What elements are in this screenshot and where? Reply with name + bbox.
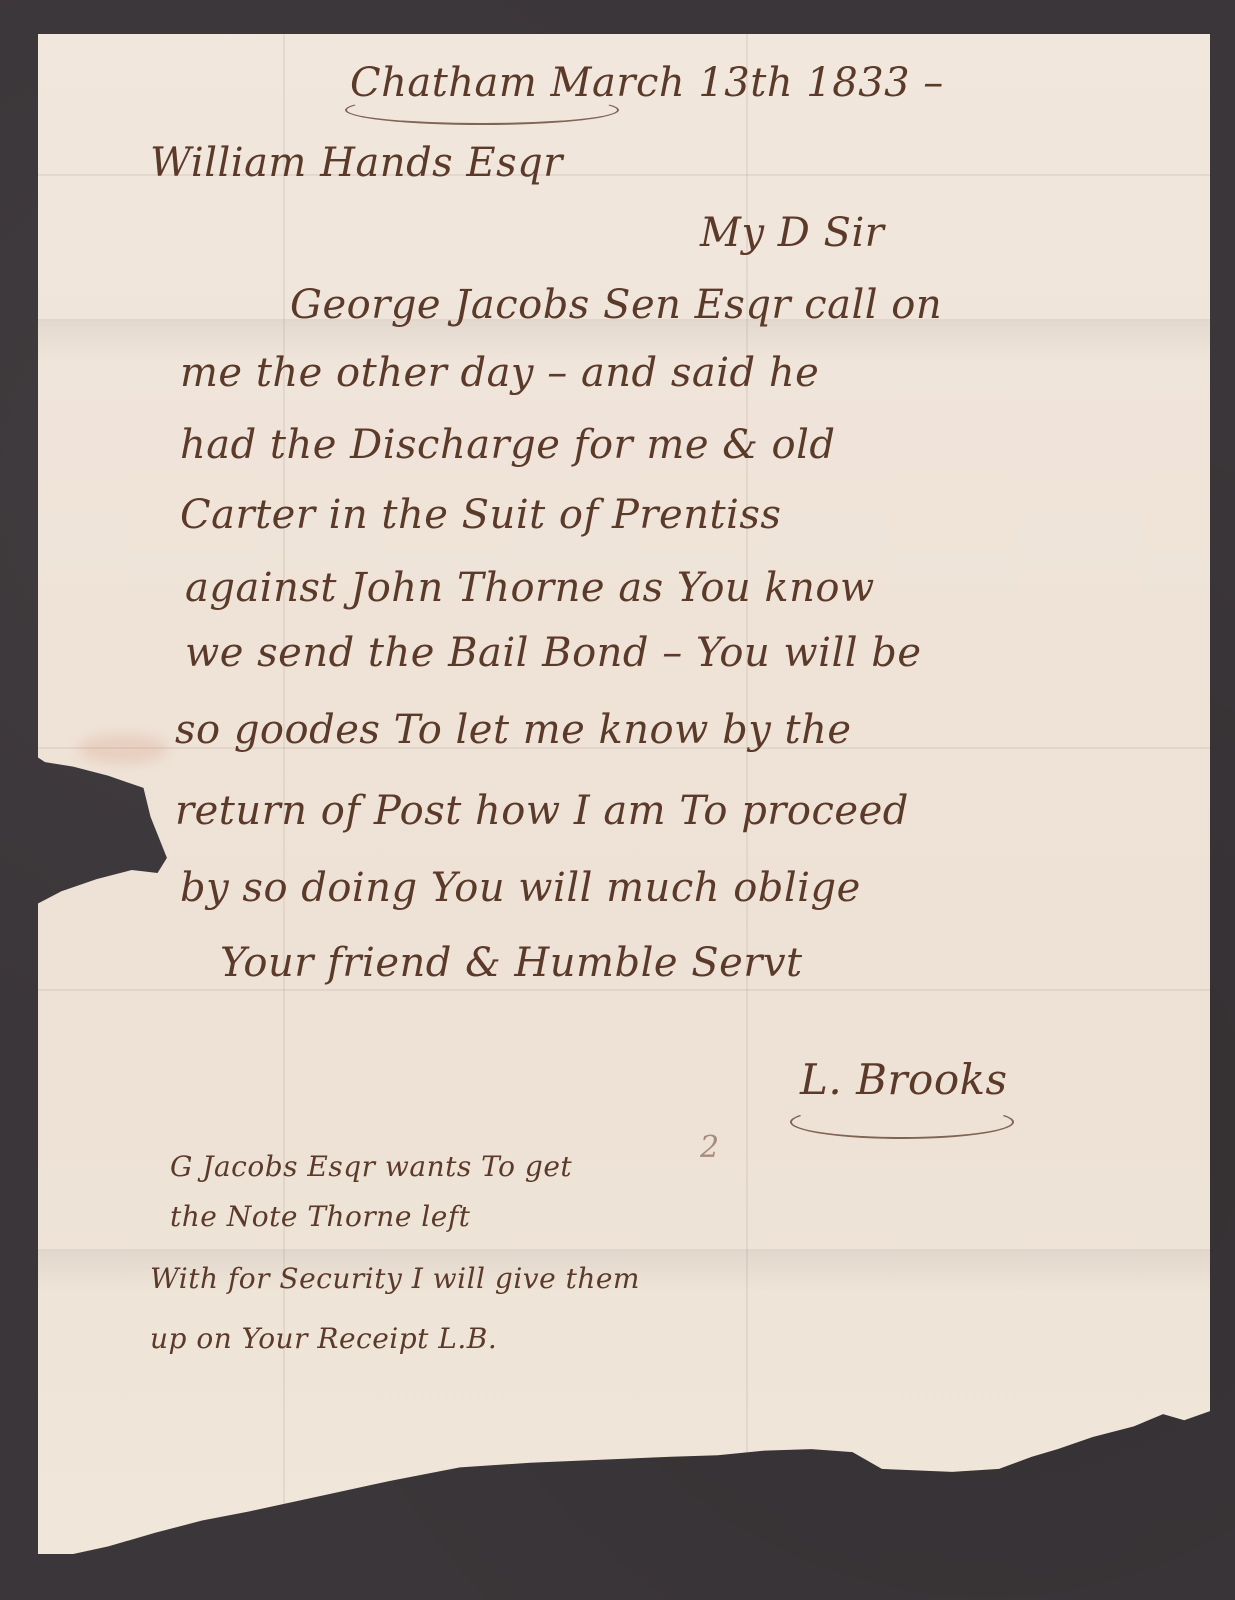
postscript-line-4: up on Your Receipt L.B. (150, 1322, 497, 1355)
postal-mark: 2 (700, 1130, 719, 1165)
body-line-1: George Jacobs Sen Esqr call on (290, 282, 942, 328)
fold-line (38, 989, 1210, 991)
body-line-7: so goodes To let me know by the (175, 707, 852, 753)
signature-flourish (790, 1105, 1014, 1139)
body-line-2: me the other day – and said he (180, 350, 819, 396)
body-line-9: by so doing You will much oblige (180, 865, 861, 911)
postscript-line-1: G Jacobs Esqr wants To get (170, 1150, 572, 1183)
body-line-6: we send the Bail Bond – You will be (185, 630, 922, 676)
heading-flourish (345, 95, 619, 125)
body-line-5: against John Thorne as You know (185, 565, 875, 611)
signature: L. Brooks (800, 1055, 1008, 1104)
body-line-3: had the Discharge for me & old (180, 422, 836, 468)
greeting: My D Sir (700, 210, 884, 256)
body-line-8: return of Post how I am To proceed (175, 788, 909, 834)
postscript-line-3: With for Security I will give them (150, 1262, 640, 1295)
postscript-line-2: the Note Thorne left (170, 1200, 470, 1233)
closing: Your friend & Humble Servt (220, 940, 803, 986)
ink-stain (78, 734, 168, 764)
body-line-4: Carter in the Suit of Prentiss (180, 492, 781, 538)
addressee: William Hands Esqr (150, 140, 563, 186)
